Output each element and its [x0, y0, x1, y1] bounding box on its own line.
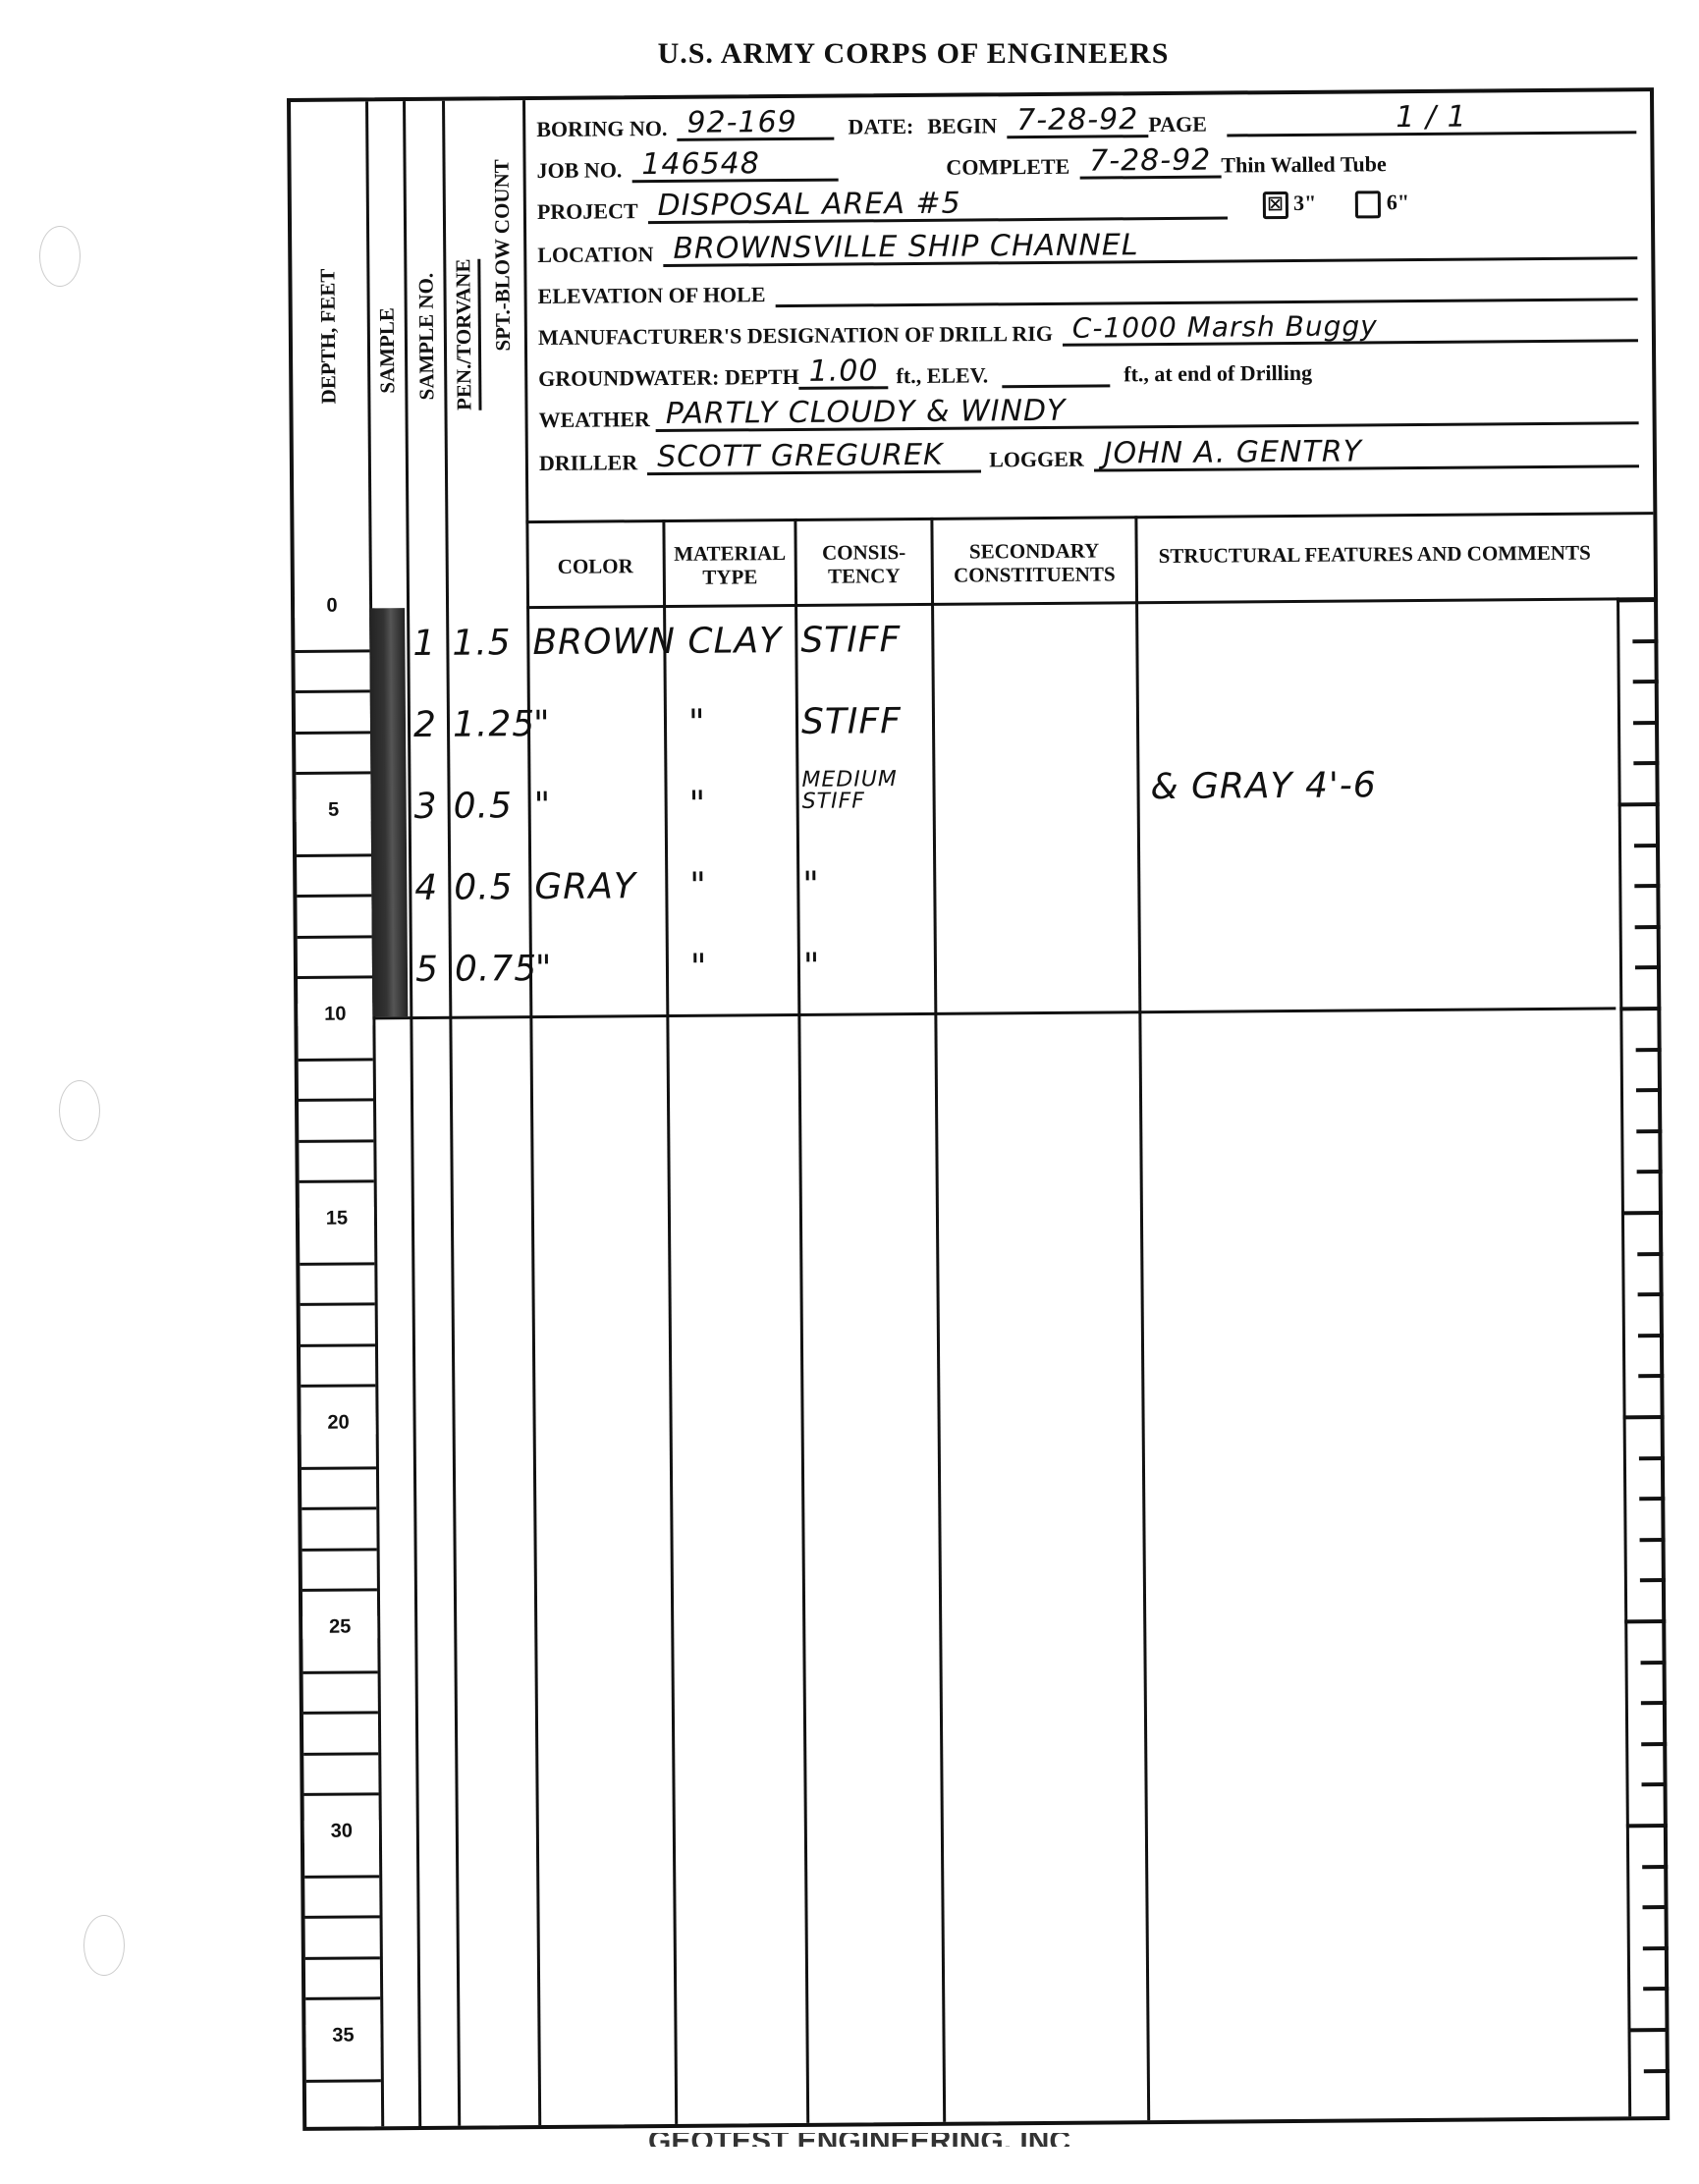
depth-label: 35 [305, 2024, 380, 2047]
depth-minor-tick [1637, 1170, 1663, 1174]
depth-minor-gridline [303, 1752, 378, 1756]
depth-minor-tick [1633, 721, 1659, 725]
location-field[interactable]: BROWNSVILLE SHIP CHANNEL [663, 227, 1637, 267]
depth-minor-gridline [297, 895, 371, 899]
depth-minor-tick [1634, 844, 1660, 847]
row-boring: BORING NO. 92-169 DATE: BEGIN 7-28-92 PA… [536, 101, 1636, 142]
structural-features-column-header: STRUCTURAL FEATURES AND COMMENTS [1138, 510, 1611, 597]
end-of-boring-line [372, 1007, 1616, 1019]
depth-minor-gridline [301, 1343, 375, 1347]
row-weather: WEATHER PARTLY CLOUDY & WINDY [538, 392, 1638, 433]
depth-minor-tick [1637, 1252, 1663, 1256]
depth-minor-tick [1635, 925, 1661, 929]
depth-minor-gridline [298, 935, 372, 939]
sample-label: SAMPLE [375, 307, 401, 394]
depth-minor-gridline [301, 1385, 375, 1389]
complete-date-field[interactable]: 7-28-92 [1079, 146, 1221, 180]
depth-minor-gridline [297, 853, 371, 857]
depth-major-tick [1619, 1007, 1661, 1010]
depth-major-tick [1623, 1415, 1665, 1419]
depth-major-tick [1617, 598, 1658, 602]
depth-minor-gridline [303, 1670, 378, 1674]
depth-minor-gridline [303, 1712, 378, 1716]
depth-minor-tick [1636, 1088, 1662, 1092]
depth-label: 20 [301, 1411, 376, 1435]
pen-torvane-cell: 1.5 [452, 623, 512, 663]
sample-no-cell: 1 [412, 623, 436, 663]
material-cell: " [689, 785, 707, 825]
depth-minor-tick [1635, 965, 1661, 969]
color-cell: BROWN [532, 622, 676, 663]
color-cell: GRAY [534, 866, 636, 907]
depth-minor-tick [1640, 1538, 1666, 1542]
color-cell: " [534, 786, 552, 826]
depth-minor-gridline [302, 1548, 377, 1552]
pen-torvane-cell: 1.25 [453, 704, 535, 745]
depth-minor-gridline [299, 1099, 373, 1103]
color-column-header: COLOR [527, 523, 663, 608]
elevation-field[interactable] [775, 268, 1637, 307]
depth-minor-gridline [306, 2079, 381, 2083]
depth-minor-tick [1632, 639, 1658, 643]
row-job: JOB NO. 146548 COMPLETE 7-28-92 Thin Wal… [536, 142, 1636, 184]
row-location: LOCATION BROWNSVILLE SHIP CHANNEL [537, 227, 1637, 268]
depth-minor-gridline [304, 1875, 379, 1879]
consistency-cell: STIFF [800, 620, 901, 661]
tube-3in-checkbox[interactable]: ☒ [1262, 191, 1288, 219]
col-divider-material [794, 519, 809, 2123]
binder-hole-top [39, 226, 81, 287]
depth-label: 15 [300, 1207, 374, 1230]
depth-feet-label: DEPTH, FEET [315, 269, 341, 405]
sample-no-label: SAMPLE NO. [413, 273, 439, 401]
depth-minor-gridline [305, 1916, 380, 1920]
row-groundwater: GROUNDWATER: DEPTH 1.00 ft., ELEV. ft., … [538, 351, 1638, 392]
row-elevation: ELEVATION OF HOLE [537, 268, 1637, 309]
depth-minor-gridline [300, 1180, 374, 1184]
depth-minor-gridline [301, 1466, 376, 1470]
depth-minor-tick [1642, 1905, 1668, 1909]
pen-torvane-label: PEN./TORVANE [451, 258, 481, 410]
structural-comment: & GRAY 4'-6 [1150, 765, 1377, 807]
depth-label: 0 [295, 594, 369, 618]
depth-major-tick [1624, 1619, 1666, 1623]
depth-minor-gridline [299, 1058, 373, 1062]
sample-no-cell: 2 [413, 705, 437, 745]
depth-minor-gridline [296, 731, 370, 735]
depth-minor-tick [1643, 1987, 1669, 1991]
page-field[interactable]: 1 / 1 [1227, 101, 1637, 136]
depth-minor-tick [1636, 1129, 1662, 1133]
material-type-column-header: MATERIAL TYPE [665, 522, 795, 607]
groundwater-elev-field[interactable] [1002, 356, 1110, 388]
secondary-constituents-column-header: SECONDARY CONSTITUENTS [933, 519, 1135, 605]
depth-minor-tick [1639, 1497, 1665, 1501]
material-cell: CLAY [687, 621, 782, 662]
depth-minor-gridline [298, 976, 372, 980]
pen-spt-label: PEN./TORVANE SPT.-BLOW COUNT [450, 159, 515, 356]
depth-minor-tick [1636, 1048, 1662, 1052]
depth-minor-gridline [295, 649, 369, 653]
driller-field[interactable]: SCOTT GREGUREK [647, 440, 981, 475]
pen-torvane-cell: 0.5 [454, 867, 514, 907]
depth-minor-tick [1633, 680, 1659, 683]
logger-field[interactable]: JOHN A. GENTRY [1094, 435, 1639, 471]
depth-minor-gridline [299, 1139, 373, 1143]
agency-title: U.S. ARMY CORPS OF ENGINEERS [0, 37, 1699, 71]
material-cell: " [689, 866, 707, 906]
row-rig: MANUFACTURER'S DESIGNATION OF DRILL RIG … [538, 309, 1638, 351]
depth-minor-tick [1641, 1742, 1667, 1746]
depth-minor-gridline [296, 772, 370, 776]
depth-major-tick [1626, 1824, 1668, 1828]
tube-6in-checkbox[interactable] [1355, 191, 1381, 218]
consistency-cell: MEDIUM STIFF [801, 769, 919, 813]
depth-minor-gridline [301, 1507, 376, 1511]
depth-minor-tick [1643, 1946, 1669, 1950]
color-cell: " [535, 949, 553, 989]
sample-no-cell: 3 [414, 787, 438, 827]
job-no-field[interactable]: 146548 [631, 149, 838, 184]
pen-torvane-cell: 0.5 [454, 786, 514, 826]
consistency-column-header: CONSIS- TENCY [796, 521, 931, 606]
boring-no-field[interactable]: 92-169 [677, 108, 834, 141]
depth-minor-tick [1641, 1701, 1667, 1705]
tube-6in-option[interactable]: 6" [1355, 190, 1409, 218]
depth-minor-gridline [302, 1589, 377, 1593]
depth-minor-tick [1633, 761, 1659, 765]
material-cell: " [690, 948, 708, 988]
sample-no-cell: 5 [415, 950, 439, 990]
depth-minor-gridline [296, 690, 370, 694]
sample-recovery-bar [369, 608, 408, 1016]
depth-minor-gridline [304, 1793, 379, 1797]
depth-minor-gridline [300, 1262, 374, 1266]
binder-hole-bottom [83, 1915, 125, 1976]
depth-minor-gridline [301, 1303, 375, 1307]
depth-minor-tick [1640, 1578, 1666, 1582]
depth-label: 10 [298, 1003, 372, 1026]
depth-minor-tick [1644, 2069, 1670, 2073]
consistency-cell: STIFF [801, 701, 902, 742]
depth-minor-tick [1638, 1374, 1664, 1378]
depth-minor-tick [1641, 1661, 1667, 1665]
footer-company-name: GEOTEST ENGINEERING, INC [648, 2133, 1100, 2147]
depth-minor-gridline [305, 1956, 380, 1960]
depth-label: 30 [304, 1820, 379, 1843]
binder-hole-middle [59, 1080, 100, 1141]
depth-minor-tick [1642, 1782, 1668, 1786]
depth-minor-tick [1638, 1292, 1664, 1296]
depth-minor-gridline [305, 1997, 380, 2001]
tube-3in-option[interactable]: ☒ 3" [1262, 191, 1316, 219]
spt-blow-count-label: SPT.-BLOW COUNT [489, 159, 516, 351]
project-field[interactable]: DISPOSAL AREA #5 [647, 187, 1227, 224]
depth-label: 25 [302, 1615, 377, 1639]
drill-rig-field[interactable]: C-1000 Marsh Buggy [1063, 309, 1638, 347]
color-cell: " [533, 704, 551, 744]
col-divider-sample [403, 101, 421, 2126]
consistency-cell: " [802, 865, 820, 905]
col-divider-consistency [930, 518, 946, 2122]
begin-date-field[interactable]: 7-28-92 [1007, 105, 1148, 138]
boring-log-form: DEPTH, FEET SAMPLE SAMPLE NO. PEN./TORVA… [287, 87, 1670, 2131]
col-divider-secondary [1134, 516, 1150, 2120]
col-divider-color [662, 519, 678, 2124]
row-driller: DRILLER SCOTT GREGUREK LOGGER JOHN A. GE… [539, 435, 1639, 476]
row-project: PROJECT DISPOSAL AREA #5 ☒ 3" 6" [537, 184, 1637, 225]
consistency-cell: " [803, 947, 821, 987]
weather-field[interactable]: PARTLY CLOUDY & WINDY [656, 392, 1639, 432]
groundwater-depth-field[interactable]: 1.00 [799, 356, 889, 390]
depth-major-tick [1621, 1211, 1663, 1215]
depth-minor-tick [1638, 1334, 1664, 1338]
material-cell: " [688, 702, 706, 742]
depth-minor-tick [1642, 1865, 1668, 1869]
depth-minor-tick [1634, 884, 1660, 888]
depth-major-tick [1627, 2028, 1669, 2032]
sample-no-cell: 4 [414, 868, 438, 908]
depth-label: 5 [297, 798, 371, 822]
pen-torvane-cell: 0.75 [455, 949, 537, 990]
col-divider-tick [1617, 597, 1631, 2116]
depth-minor-tick [1639, 1456, 1665, 1460]
depth-major-tick [1618, 802, 1660, 806]
